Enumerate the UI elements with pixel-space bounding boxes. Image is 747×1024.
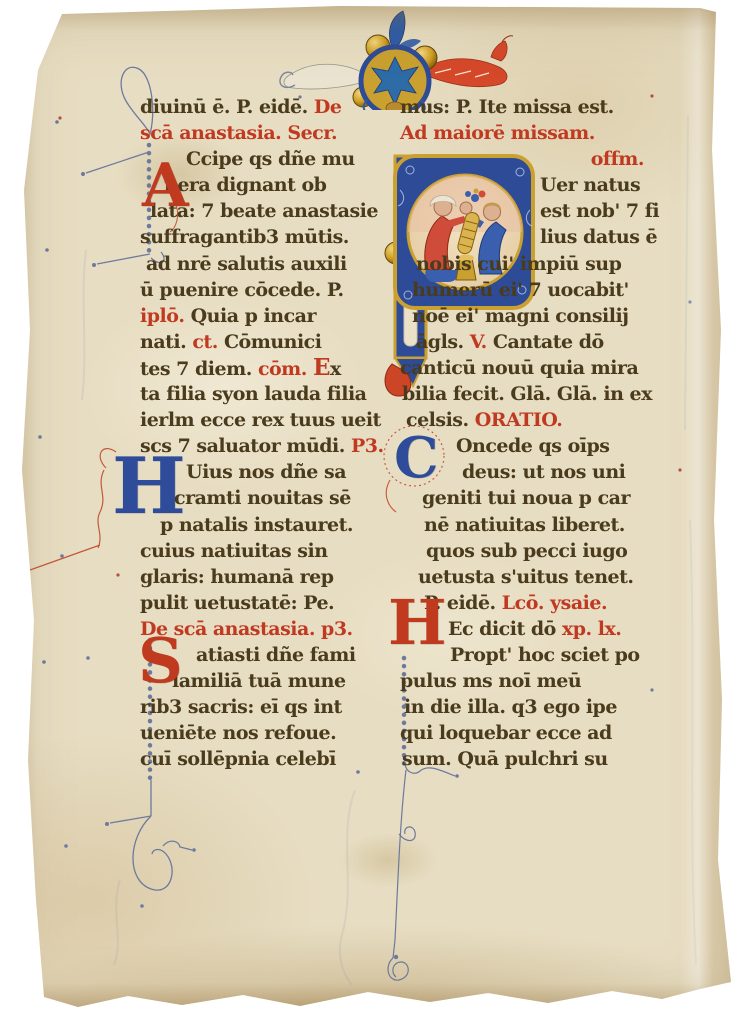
acanthus-leaf-cream bbox=[280, 64, 367, 89]
text-line: tes 7 diem. cōm. Ex bbox=[140, 355, 394, 381]
parchment-leaf: diuinū ē. P. eidē. Descā anastasia. Secr… bbox=[0, 0, 747, 1024]
text-line: est nob' 7 fi bbox=[400, 198, 678, 224]
acanthus-leaf-red bbox=[425, 36, 513, 87]
text-line: offm. bbox=[400, 146, 678, 172]
text-line: scā anastasia. Secr. bbox=[140, 120, 394, 146]
text-line: ū puenire cōcede. P. bbox=[140, 277, 394, 303]
text-line: ta filia syon lauda filia bbox=[140, 381, 394, 407]
text-line: bilia fecit. Glā. Glā. in ex bbox=[400, 381, 678, 407]
initial-h-right: H bbox=[388, 592, 447, 654]
text-line: Ad maiorē missam. bbox=[400, 120, 678, 146]
text-line: ad nrē salutis auxili bbox=[140, 251, 394, 277]
text-line: āgls. V. Cantate dō bbox=[400, 329, 678, 355]
text-line: geniti tui noua p car bbox=[400, 485, 678, 511]
text-line: pulit uetustatē: Pe. bbox=[140, 590, 394, 616]
blue-leaf-top bbox=[389, 11, 421, 50]
text-line: mus: P. Ite missa est. bbox=[400, 94, 678, 120]
text-line: noē ei' magni consilij bbox=[400, 303, 678, 329]
text-line: Oncede qs oīps bbox=[400, 433, 678, 459]
text-line: rib3 sacris: eī qs int bbox=[140, 694, 394, 720]
text-line: nobis cui' impiū sup bbox=[400, 251, 678, 277]
text-line: in die illa. q3 ego ipe bbox=[400, 694, 678, 720]
text-line: suffragantib3 mūtis. bbox=[140, 224, 394, 250]
text-column-right: mus: P. Ite missa est.Ad maiorē missam.o… bbox=[400, 94, 678, 772]
text-line: humerū ei' 7 uocabit' bbox=[400, 277, 678, 303]
text-line: nati. ct. Cōmunici bbox=[140, 329, 394, 355]
text-line: deus: ut nos uni bbox=[400, 459, 678, 485]
text-line: diuinū ē. P. eidē. De bbox=[140, 94, 394, 120]
text-line: nē natiuitas liberet. bbox=[400, 512, 678, 538]
manuscript-photo: diuinū ē. P. eidē. Descā anastasia. Secr… bbox=[0, 0, 747, 1024]
initial-a: A bbox=[142, 156, 189, 216]
text-line: lius datus ē bbox=[400, 224, 678, 250]
text-line: ierlm ecce rex tuus ueit bbox=[140, 407, 394, 433]
text-line: glaris: humanā rep bbox=[140, 564, 394, 590]
text-line: celsis. ORATIO. bbox=[400, 407, 678, 433]
text-line: cuī sollēpnia celebī bbox=[140, 746, 394, 772]
text-line: qui loquebar ecce ad bbox=[400, 720, 678, 746]
initial-h-left: H bbox=[112, 448, 186, 526]
text-line: Uer natus bbox=[400, 172, 678, 198]
text-line: pulus ms noī meū bbox=[400, 668, 678, 694]
text-line: cuius natiuitas sin bbox=[140, 538, 394, 564]
text-line: sum. Quā pulchri su bbox=[400, 746, 678, 772]
initial-s-left: S bbox=[138, 630, 183, 692]
text-line: quos sub pecci iugo bbox=[400, 538, 678, 564]
text-line: iplō. Quia p incar bbox=[140, 303, 394, 329]
text-line: canticū nouū quia mira bbox=[400, 355, 678, 381]
initial-c-right: C bbox=[394, 430, 439, 486]
text-line: ueniēte nos refoue. bbox=[140, 720, 394, 746]
left-margin-flourish-h bbox=[26, 449, 116, 573]
